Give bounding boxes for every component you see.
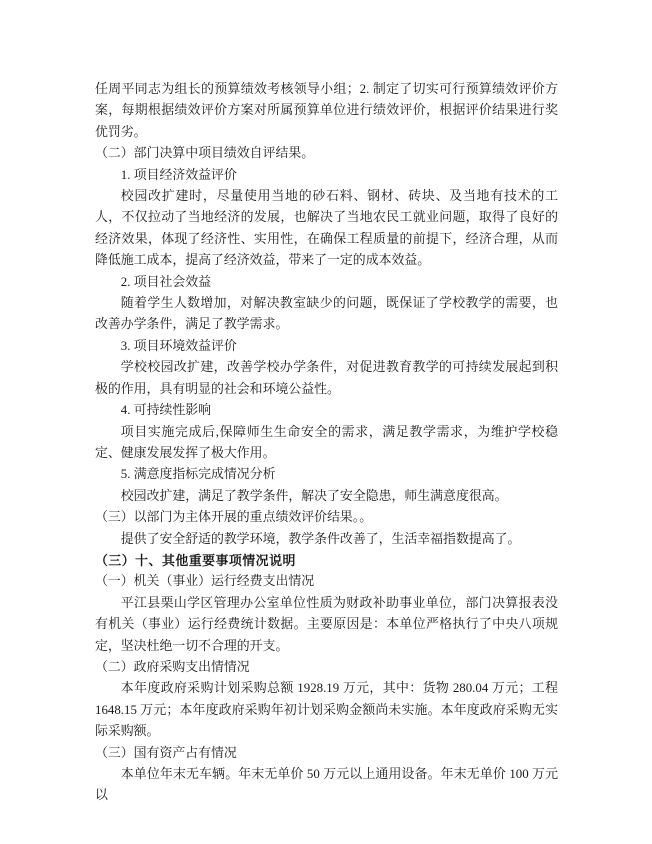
section-heading: （二）政府采购支出情情况 bbox=[95, 657, 558, 678]
body-paragraph: 提供了安全舒适的教学环境，教学条件改善了，生活幸福指数提高了。 bbox=[95, 529, 558, 550]
body-paragraph: 校园改扩建时，尽量使用当地的砂石料、钢材、砖块、及当地有技术的工人，不仅拉动了当… bbox=[95, 186, 558, 272]
body-paragraph: 学校校园改扩建，改善学校办学条件，对促进教育教学的可持续发展起到积极的作用，具有… bbox=[95, 357, 558, 400]
section-heading: （三）以部门为主体开展的重点绩效评价结果。。 bbox=[95, 507, 558, 528]
section-heading: （二）部门决算中项目绩效自评结果。 bbox=[95, 143, 558, 164]
body-paragraph: 项目实施完成后,保障师生生命安全的需求，满足教学需求，为维护学校稳定、健康发展发… bbox=[95, 422, 558, 465]
numbered-subheading: 5. 满意度指标完成情况分析 bbox=[95, 464, 558, 485]
numbered-subheading: 4. 可持续性影响 bbox=[95, 400, 558, 421]
numbered-subheading: 1. 项目经济效益评价 bbox=[95, 165, 558, 186]
body-paragraph: 任周平同志为组长的预算绩效考核领导小组；2. 制定了切实可行预算绩效评价方案，每… bbox=[95, 79, 558, 143]
body-paragraph: 平江县栗山学区管理办公室单位性质为财政补助事业单位，部门决算报表没有机关（事业）… bbox=[95, 593, 558, 657]
numbered-subheading: 3. 项目环境效益评价 bbox=[95, 336, 558, 357]
document-page: 任周平同志为组长的预算绩效考核领导小组；2. 制定了切实可行预算绩效评价方案，每… bbox=[0, 0, 652, 844]
body-paragraph: 本单位年末无车辆。年末无单价 50 万元以上通用设备。年末无单价 100 万元以 bbox=[95, 764, 558, 807]
document-body: 任周平同志为组长的预算绩效考核领导小组；2. 制定了切实可行预算绩效评价方案，每… bbox=[95, 79, 558, 807]
section-heading: （三）国有资产占有情况 bbox=[95, 743, 558, 764]
body-paragraph: 随着学生人数增加，对解决教室缺少的问题，既保证了学校教学的需要，也改善办学条件，… bbox=[95, 293, 558, 336]
section-heading: （一）机关（事业）运行经费支出情况 bbox=[95, 571, 558, 592]
numbered-subheading: 2. 项目社会效益 bbox=[95, 272, 558, 293]
body-paragraph: 校园改扩建，满足了教学条件，解决了安全隐患，师生满意度很高。 bbox=[95, 486, 558, 507]
body-paragraph: 本年度政府采购计划采购总额 1928.19 万元，其中：货物 280.04 万元… bbox=[95, 678, 558, 742]
section-heading-bold: （三）十、其他重要事项情况说明 bbox=[95, 550, 558, 571]
